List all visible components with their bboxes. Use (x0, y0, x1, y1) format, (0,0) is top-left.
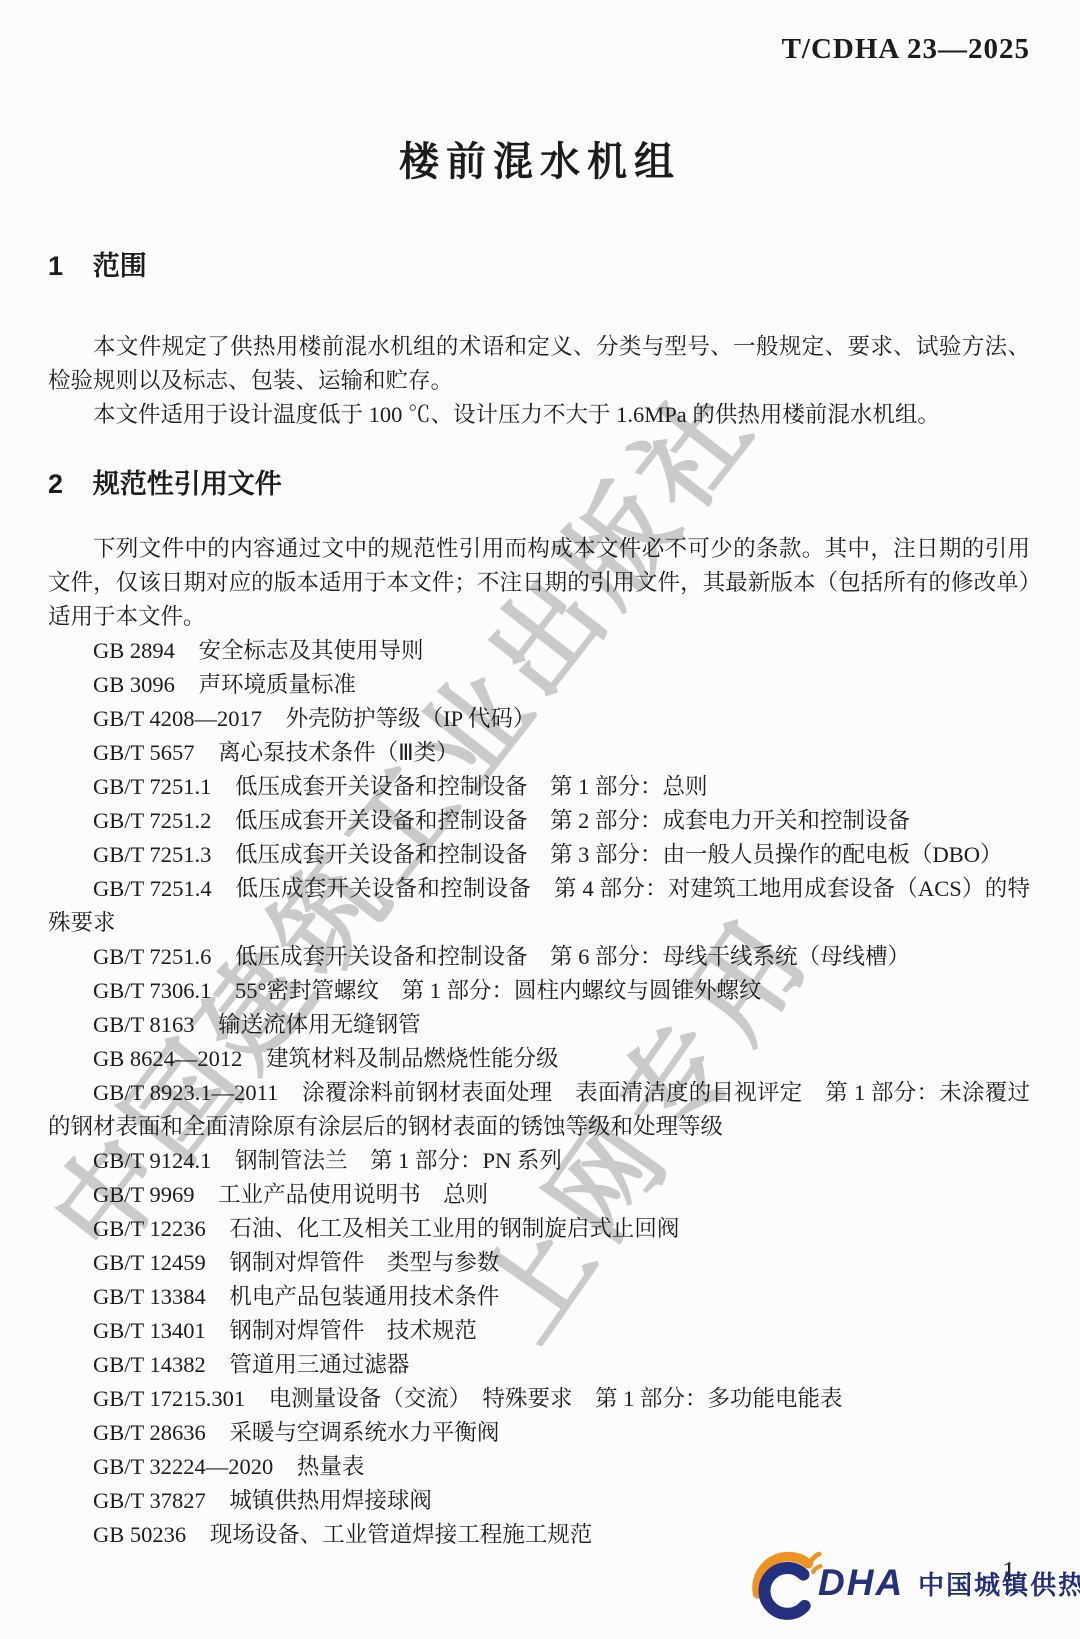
reference-code: GB/T 28636 (93, 1420, 206, 1445)
reference-code: GB/T 4208—2017 (93, 706, 262, 731)
reference-item: GB/T 32224—2020热量表 (48, 1450, 1030, 1484)
reference-item: GB/T 37827城镇供热用焊接球阀 (48, 1484, 1030, 1518)
reference-item: GB/T 13384机电产品包装通用技术条件 (48, 1280, 1030, 1314)
section-2-title: 规范性引用文件 (93, 469, 282, 499)
section-1-number: 1 (48, 251, 63, 281)
reference-title: 低压成套开关设备和控制设备 第 1 部分：总则 (235, 774, 708, 799)
reference-item: GB/T 28636采暖与空调系统水力平衡阀 (48, 1416, 1030, 1450)
reference-item: GB/T 5657离心泵技术条件（Ⅲ类） (48, 736, 1030, 770)
reference-code: GB/T 9124.1 (93, 1148, 211, 1173)
reference-title: 外壳防护等级（IP 代码） (286, 706, 536, 731)
scope-paragraph-1: 本文件规定了供热用楼前混水机组的术语和定义、分类与型号、一般规定、要求、试验方法… (48, 330, 1030, 398)
reference-title: 安全标志及其使用导则 (199, 638, 424, 663)
reference-code: GB/T 37827 (93, 1488, 206, 1513)
reference-item: GB/T 12236石油、化工及相关工业用的钢制旋启式止回阀 (48, 1212, 1030, 1246)
reference-title: 管道用三通过滤器 (229, 1352, 409, 1377)
reference-title: 钢制管法兰 第 1 部分：PN 系列 (235, 1148, 562, 1173)
reference-item: GB 8624—2012建筑材料及制品燃烧性能分级 (48, 1042, 1030, 1076)
reference-code: GB/T 17215.301 (93, 1386, 245, 1411)
reference-code: GB/T 5657 (93, 740, 194, 765)
references-list: GB 2894安全标志及其使用导则GB 3096声环境质量标准GB/T 4208… (48, 634, 1030, 1552)
reference-code: GB 8624—2012 (93, 1046, 242, 1071)
reference-code: GB/T 8923.1—2011 (93, 1080, 278, 1105)
reference-code: GB/T 9969 (93, 1182, 194, 1207)
reference-title: 钢制对焊管件 类型与参数 (229, 1250, 499, 1275)
reference-title: 声环境质量标准 (199, 672, 357, 697)
references-intro: 下列文件中的内容通过文中的规范性引用而构成本文件必不可少的条款。其中，注日期的引… (48, 532, 1030, 634)
reference-item: GB/T 14382管道用三通过滤器 (48, 1348, 1030, 1382)
document-page: 中国建筑工业出版社 上网专用 T/CDHA 23—2025 楼前混水机组 1范围… (0, 0, 1080, 1639)
reference-code: GB/T 7251.2 (93, 808, 211, 833)
reference-title: 离心泵技术条件（Ⅲ类） (218, 740, 459, 765)
reference-title: 石油、化工及相关工业用的钢制旋启式止回阀 (229, 1216, 679, 1241)
section-1-title: 范围 (93, 251, 147, 281)
page-title: 楼前混水机组 (0, 130, 1080, 187)
reference-title: 采暖与空调系统水力平衡阀 (229, 1420, 499, 1445)
reference-code: GB/T 13384 (93, 1284, 206, 1309)
reference-title: 现场设备、工业管道焊接工程施工规范 (210, 1522, 593, 1547)
reference-item: GB 3096声环境质量标准 (48, 668, 1030, 702)
reference-item: GB/T 9124.1钢制管法兰 第 1 部分：PN 系列 (48, 1144, 1030, 1178)
reference-title: 工业产品使用说明书 总则 (218, 1182, 488, 1207)
association-name: 中国城镇供热协会 (918, 1565, 1080, 1602)
reference-title: 机电产品包装通用技术条件 (229, 1284, 499, 1309)
reference-title: 低压成套开关设备和控制设备 第 6 部分：母线干线系统（母线槽） (235, 944, 910, 969)
reference-item: GB/T 9969工业产品使用说明书 总则 (48, 1178, 1030, 1212)
reference-item: GB/T 8923.1—2011涂覆涂料前钢材表面处理 表面清洁度的目视评定 第… (48, 1076, 1030, 1144)
reference-code: GB 50236 (93, 1522, 186, 1547)
reference-code: GB/T 7251.3 (93, 842, 211, 867)
document-body: 1范围 本文件规定了供热用楼前混水机组的术语和定义、分类与型号、一般规定、要求、… (48, 250, 1030, 1552)
reference-title: 55°密封管螺纹 第 1 部分：圆柱内螺纹与圆锥外螺纹 (235, 978, 762, 1003)
reference-title: 钢制对焊管件 技术规范 (229, 1318, 477, 1343)
reference-title: 建筑材料及制品燃烧性能分级 (266, 1046, 559, 1071)
reference-item: GB/T 12459钢制对焊管件 类型与参数 (48, 1246, 1030, 1280)
reference-code: GB 3096 (93, 672, 175, 697)
reference-item: GB 2894安全标志及其使用导则 (48, 634, 1030, 668)
reference-code: GB/T 14382 (93, 1352, 206, 1377)
section-1-heading: 1范围 (48, 250, 1030, 282)
reference-title: 低压成套开关设备和控制设备 第 2 部分：成套电力开关和控制设备 (235, 808, 910, 833)
reference-code: GB/T 12459 (93, 1250, 206, 1275)
reference-code: GB/T 7306.1 (93, 978, 211, 1003)
reference-title: 电测量设备（交流） 特殊要求 第 1 部分：多功能电能表 (269, 1386, 843, 1411)
reference-item: GB/T 7251.3低压成套开关设备和控制设备 第 3 部分：由一般人员操作的… (48, 838, 1030, 872)
reference-item: GB/T 7251.4低压成套开关设备和控制设备 第 4 部分：对建筑工地用成套… (48, 872, 1030, 940)
reference-code: GB/T 7251.1 (93, 774, 211, 799)
reference-item: GB/T 13401钢制对焊管件 技术规范 (48, 1314, 1030, 1348)
reference-item: GB/T 7251.6低压成套开关设备和控制设备 第 6 部分：母线干线系统（母… (48, 940, 1030, 974)
reference-item: GB/T 7306.155°密封管螺纹 第 1 部分：圆柱内螺纹与圆锥外螺纹 (48, 974, 1030, 1008)
reference-item: GB/T 7251.2低压成套开关设备和控制设备 第 2 部分：成套电力开关和控… (48, 804, 1030, 838)
reference-item: GB/T 4208—2017外壳防护等级（IP 代码） (48, 702, 1030, 736)
section-2-heading: 2规范性引用文件 (48, 468, 1030, 500)
cdha-logo: DHA 中国城镇供热协会 (748, 1545, 1080, 1621)
reference-item: GB/T 17215.301电测量设备（交流） 特殊要求 第 1 部分：多功能电… (48, 1382, 1030, 1416)
reference-code: GB 2894 (93, 638, 175, 663)
section-2-number: 2 (48, 469, 63, 499)
reference-item: GB/T 7251.1低压成套开关设备和控制设备 第 1 部分：总则 (48, 770, 1030, 804)
reference-code: GB/T 7251.6 (93, 944, 211, 969)
reference-item: GB/T 8163输送流体用无缝钢管 (48, 1008, 1030, 1042)
reference-title: 低压成套开关设备和控制设备 第 3 部分：由一般人员操作的配电板（DBO） (235, 842, 1003, 867)
reference-code: GB/T 8163 (93, 1012, 194, 1037)
reference-title: 热量表 (297, 1454, 365, 1479)
reference-code: GB/T 13401 (93, 1318, 206, 1343)
doc-code: T/CDHA 23—2025 (782, 33, 1030, 66)
cdha-logo-text: DHA (818, 1562, 904, 1604)
reference-code: GB/T 12236 (93, 1216, 206, 1241)
reference-code: GB/T 7251.4 (93, 876, 212, 901)
scope-paragraph-2: 本文件适用于设计温度低于 100 ℃、设计压力不大于 1.6MPa 的供热用楼前… (48, 398, 1030, 432)
reference-title: 输送流体用无缝钢管 (218, 1012, 421, 1037)
reference-code: GB/T 32224—2020 (93, 1454, 273, 1479)
reference-title: 城镇供热用焊接球阀 (229, 1488, 432, 1513)
